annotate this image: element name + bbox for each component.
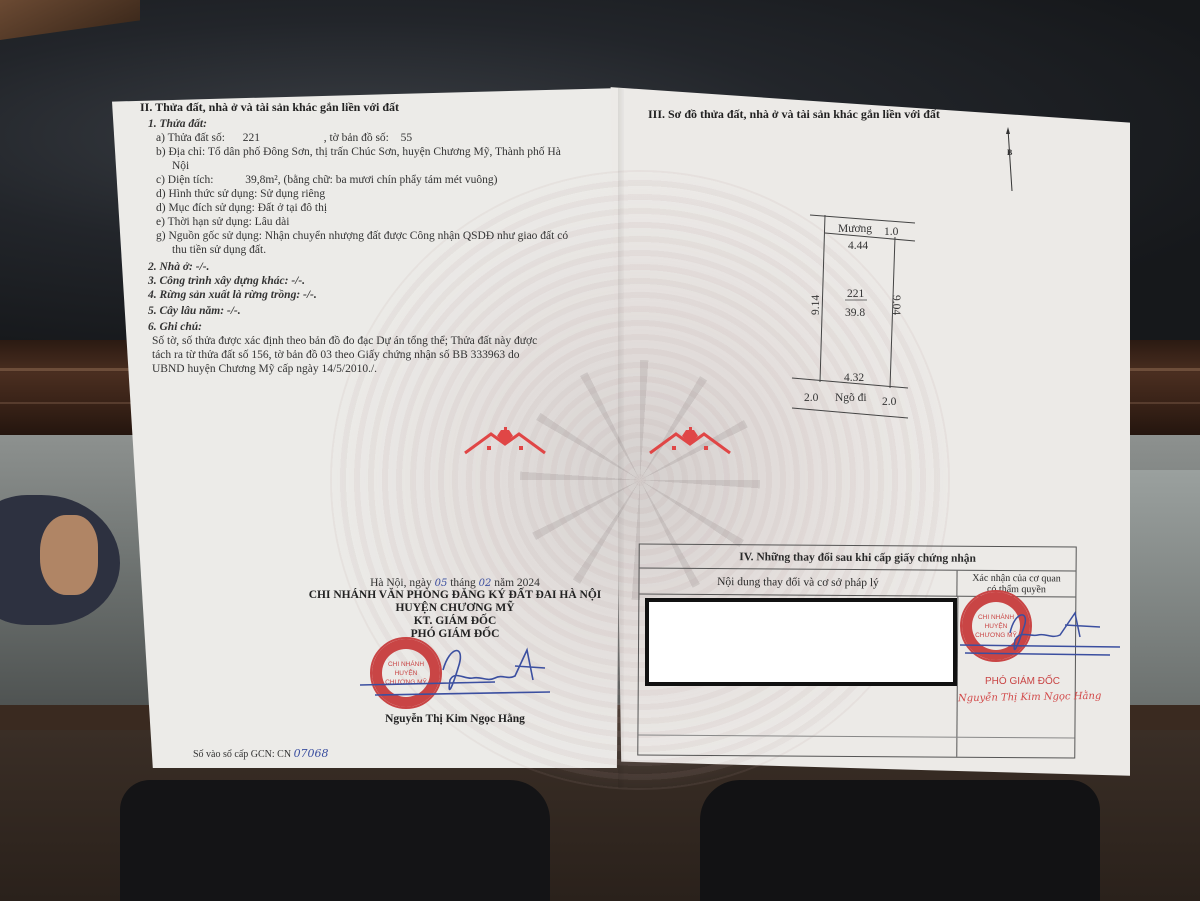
month-label: tháng (450, 577, 476, 589)
top-boundary-label: Mương (838, 223, 872, 235)
issue-year: năm 2024 (494, 577, 540, 589)
gcn-register-number: Số vào sổ cấp GCN: CN 07068 (193, 747, 329, 762)
use-form-value: Sử dụng riêng (260, 188, 325, 200)
area-row: c) Diện tích: 39,8m², (bằng chữ: ba mươi… (140, 173, 568, 187)
notes-line-2: tách ra từ thửa đất số 156, tờ bản đồ 03… (140, 348, 568, 362)
signature-scribble (355, 640, 555, 710)
house-roof-icon (648, 426, 732, 456)
north-label: B (1007, 148, 1013, 157)
redaction-box (645, 598, 957, 686)
bottom-left-width: 2.0 (804, 392, 819, 404)
date-prefix: Hà Nội, ngày (370, 577, 432, 589)
left-edge-length: 9.14 (810, 295, 822, 315)
section-3-title: III. Sơ đồ thửa đất, nhà ở và tài sản kh… (648, 107, 940, 121)
lap-left (120, 780, 550, 901)
issuer-title-line-1: KT. GIÁM ĐỐC (290, 615, 620, 628)
lap-right (700, 780, 1100, 901)
address-line-1: Tổ dân phố Đông Sơn, thị trấn Chúc Sơn, … (208, 146, 561, 158)
bottom-boundary-label: Ngõ đi (835, 392, 867, 404)
top-edge-length: 4.44 (848, 240, 868, 252)
parcel-heading: 1. Thửa đất: (140, 117, 568, 131)
parcel-number-label: a) Thửa đất số: (156, 132, 225, 144)
term-value: Lâu dài (255, 216, 290, 228)
origin-row: g) Nguồn gốc sử dụng: Nhận chuyển nhượng… (140, 229, 568, 243)
forest-item: 4. Rừng sản xuất là rừng trồng: -/-. (140, 288, 568, 302)
col-authority-confirmation: Xác nhận của cơ quan có thẩm quyền (957, 573, 1075, 596)
right-edge-length: 9.04 (890, 295, 902, 315)
origin-line-2: thu tiền sử dụng đất. (140, 243, 568, 257)
top-boundary-width: 1.0 (884, 226, 899, 238)
notes-line-1: Số tờ, số thửa được xác định theo bản đồ… (140, 334, 568, 348)
parcel-sketch-area: 39.8 (845, 307, 865, 319)
issuer-org-line-2: HUYỆN CHƯƠNG MỸ (290, 602, 620, 615)
use-purpose-label: d) Mục đích sử dụng: (156, 202, 255, 214)
map-sheet-label: , tờ bản đồ số: (324, 132, 389, 144)
area-label: c) Diện tích: (156, 174, 213, 186)
parcel-number-row: a) Thửa đất số: 221 , tờ bản đồ số: 55 (140, 131, 568, 145)
issue-day: 05 (435, 578, 448, 589)
col-change-content: Nội dung thay đổi và cơ sở pháp lý (639, 568, 957, 596)
issuer-org-line-1: CHI NHÁNH VĂN PHÒNG ĐĂNG KÝ ĐẤT ĐAI HÀ N… (290, 589, 620, 602)
col-confirm-line-1: Xác nhận của cơ quan (957, 573, 1075, 585)
section-4-title: IV. Những thay đổi sau khi cấp giấy chứn… (640, 544, 1076, 571)
origin-label: g) Nguồn gốc sử dụng: (156, 230, 262, 242)
use-form-label: d) Hình thức sử dụng: (156, 188, 257, 200)
parcel-sketch-number: 221 (847, 288, 865, 300)
issue-month: 02 (479, 578, 492, 589)
perennial-item: 5. Cây lâu năm: -/-. (140, 304, 568, 318)
table-row-divider (638, 734, 1074, 738)
bottom-edge-length: 4.32 (844, 372, 864, 384)
use-purpose-value: Đất ở tại đô thị (258, 202, 327, 214)
issue-date: Hà Nội, ngày 05 tháng 02 năm 2024 (290, 577, 620, 589)
parcel-sketch: Mương 1.0 4.44 221 39.8 9.14 9.04 4.32 2… (780, 205, 930, 425)
bottom-right-width: 2.0 (882, 396, 897, 408)
address-row: b) Địa chỉ: Tổ dân phố Đông Sơn, thị trấ… (140, 145, 568, 159)
address-label: b) Địa chỉ: (156, 146, 205, 158)
foot (40, 515, 98, 595)
amendment-signer-title: PHÓ GIÁM ĐỐC (985, 676, 1060, 687)
house-item: 2. Nhà ở: -/-. (140, 260, 568, 274)
gcn-register-label: Số vào sổ cấp GCN: CN (193, 749, 291, 760)
signature-scribble (960, 605, 1120, 665)
term-row: e) Thời hạn sử dụng: Lâu dài (140, 215, 568, 229)
section-2: II. Thửa đất, nhà ở và tài sản khác gắn … (140, 100, 568, 376)
other-construction-item: 3. Công trình xây dựng khác: -/-. (140, 274, 568, 288)
parcel-number: 221 (243, 132, 260, 144)
use-form-row: d) Hình thức sử dụng: Sử dụng riêng (140, 187, 568, 201)
house-roof-icon (463, 426, 547, 456)
notes-heading: 6. Ghi chú: (140, 320, 568, 334)
area-value: 39,8m², (bằng chữ: ba mươi chín phẩy tám… (245, 174, 497, 186)
use-purpose-row: d) Mục đích sử dụng: Đất ở tại đô thị (140, 201, 568, 215)
map-sheet-number: 55 (401, 132, 413, 144)
notes-line-3: UBND huyện Chương Mỹ cấp ngày 14/5/2010.… (140, 362, 568, 376)
col-confirm-line-2: có thẩm quyền (957, 584, 1075, 596)
section-2-title: II. Thửa đất, nhà ở và tài sản khác gắn … (140, 100, 568, 114)
issuer-signer-name: Nguyễn Thị Kim Ngọc Hằng (290, 713, 620, 725)
address-line-2: Nội (140, 159, 568, 173)
origin-line-1: Nhận chuyển nhượng đất được Công nhận QS… (265, 230, 568, 242)
north-arrow-icon: B (1000, 125, 1020, 195)
gcn-register-value: 07068 (294, 747, 329, 760)
term-label: e) Thời hạn sử dụng: (156, 216, 252, 228)
